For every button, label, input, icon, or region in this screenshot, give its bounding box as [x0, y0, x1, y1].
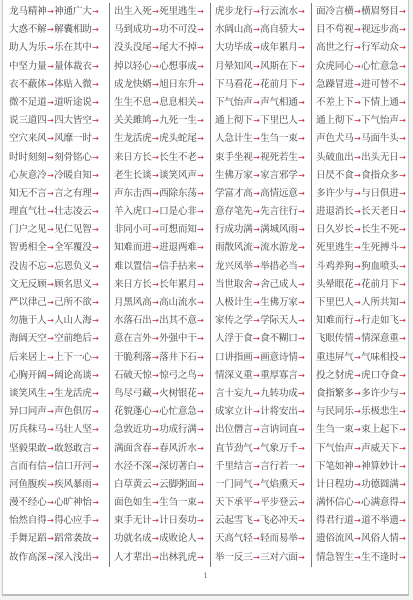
idiom-first: 束手无计 [114, 515, 152, 526]
idiom-first: 知难而进 [114, 242, 152, 253]
arrow-right-icon: → [197, 553, 204, 562]
arrow-right-icon: → [354, 371, 361, 380]
idiom-chain-row: 头晕眼花→花前月下→ [316, 276, 411, 294]
idiom-second: 空前绝后 [54, 333, 92, 344]
idiom-first: 当世取舍 [215, 279, 253, 290]
arrow-right-icon: → [92, 280, 99, 289]
idiom-chain-row: 意存笔先→先言往行→ [215, 203, 311, 221]
arrow-right-icon: → [253, 43, 260, 52]
arrow-right-icon: → [298, 153, 305, 162]
idiom-first: 空穴来风 [9, 133, 47, 144]
idiom-chain-row: 时时刻刻→刻骨铭心→ [9, 149, 109, 167]
idiom-chain-row: 日昃不食→食指众多→ [316, 167, 411, 185]
arrow-right-icon: → [47, 189, 54, 198]
idiom-second: 见仁见智 [54, 224, 92, 235]
idiom-chain-row: 石破天惊→惊弓之鸟→ [114, 367, 210, 385]
arrow-right-icon: → [92, 7, 99, 16]
idiom-first: 难以置信 [114, 261, 152, 272]
arrow-right-icon: → [92, 189, 99, 198]
arrow-right-icon: → [399, 171, 406, 180]
idiom-chain-row: 鸟尽弓藏→火树银花→ [114, 385, 210, 403]
idiom-chain-row: 重违屏气→气味相投→ [316, 349, 411, 367]
arrow-right-icon: → [152, 316, 159, 325]
idiom-first: 食指繁多 [316, 388, 354, 399]
arrow-right-icon: → [399, 371, 406, 380]
arrow-right-icon: → [152, 262, 159, 271]
idiom-first: 重违屏气 [316, 352, 354, 363]
idiom-second: 深入浅出 [54, 552, 92, 563]
arrow-right-icon: → [399, 262, 406, 271]
idiom-second: 三对六面 [260, 552, 298, 563]
idiom-second: 九转功成 [260, 388, 298, 399]
arrow-right-icon: → [253, 353, 260, 362]
idiom-chain-row: 理直气壮→壮志凌云→ [9, 203, 109, 221]
idiom-second: 束上起下 [361, 424, 399, 435]
idiom-second: 功德圆满 [361, 479, 399, 490]
idiom-second: 九死一生 [159, 115, 197, 126]
idiom-first: 衣不蔽体 [9, 79, 47, 90]
idiom-chain-row: 多许少与→与日俱进→ [316, 185, 411, 203]
arrow-right-icon: → [197, 480, 204, 489]
arrow-right-icon: → [47, 407, 54, 416]
idiom-second: 与日俱进 [361, 188, 399, 199]
idiom-second: 行云流水 [260, 6, 298, 17]
idiom-second: 计将安出 [260, 406, 298, 417]
idiom-second: 行走如飞 [361, 315, 399, 326]
arrow-right-icon: → [253, 389, 260, 398]
arrow-right-icon: → [47, 207, 54, 216]
idiom-second: 先言往行 [260, 206, 298, 217]
idiom-first: 出生入死 [114, 6, 152, 17]
arrow-right-icon: → [197, 334, 204, 343]
arrow-right-icon: → [92, 298, 99, 307]
idiom-first: 与民同乐 [316, 406, 354, 417]
idiom-first: 羊入虎口 [114, 206, 152, 217]
idiom-second: 成败论人 [159, 533, 197, 544]
idiom-first: 头破血出 [316, 152, 354, 163]
arrow-right-icon: → [152, 334, 159, 343]
arrow-right-icon: → [197, 116, 204, 125]
arrow-right-icon: → [92, 80, 99, 89]
idiom-second: 上下一心 [54, 352, 92, 363]
idiom-chain-row: 直节劲气→气象万千→ [215, 440, 311, 458]
arrow-right-icon: → [92, 98, 99, 107]
idiom-chain-row: 声东击西→西除东荡→ [114, 185, 210, 203]
arrow-right-icon: → [152, 480, 159, 489]
arrow-right-icon: → [354, 425, 361, 434]
idiom-first: 日昃不食 [316, 170, 354, 181]
idiom-chain-row: 心灰意冷→冷暖自知→ [9, 167, 109, 185]
idiom-second: 画意诗情 [260, 352, 298, 363]
idiom-chain-row: 海阔天空→空前绝后→ [9, 330, 109, 348]
idiom-second: 生死搏斗 [361, 242, 399, 253]
arrow-right-icon: → [399, 62, 406, 71]
arrow-right-icon: → [354, 389, 361, 398]
idiom-second: 食指众多 [361, 170, 399, 181]
idiom-second: 生刍一束 [260, 133, 298, 144]
arrow-right-icon: → [253, 280, 260, 289]
arrow-right-icon: → [354, 98, 361, 107]
idiom-chain-row: 非同小可→可想而知→ [114, 221, 210, 239]
idiom-chain-row: 后来居上→上下一心→ [9, 349, 109, 367]
idiom-first: 投之豺虎 [316, 370, 354, 381]
idiom-chain-row: 人极计生→生佛万家→ [215, 294, 311, 312]
idiom-first: 生龙活虎 [114, 133, 152, 144]
idiom-chain-row: 日久岁长→长生不死→ [316, 221, 411, 239]
arrow-right-icon: → [92, 498, 99, 507]
idiom-first: 声色犬马 [316, 133, 354, 144]
arrow-right-icon: → [399, 153, 406, 162]
idiom-second: 乐在其中 [54, 42, 92, 53]
arrow-right-icon: → [354, 171, 361, 180]
arrow-right-icon: → [92, 116, 99, 125]
idiom-second: 高情远意 [260, 188, 298, 199]
idiom-second: 人所共知 [361, 297, 399, 308]
arrow-right-icon: → [399, 225, 406, 234]
idiom-chain-row: 成龙快婿→旭日东升→ [114, 76, 210, 94]
arrow-right-icon: → [354, 534, 361, 543]
idiom-chain-row: 人浮于食→食不糊口→ [215, 330, 311, 348]
idiom-second: 气焰熏天 [260, 479, 298, 490]
arrow-right-icon: → [298, 80, 305, 89]
idiom-chain-row: 知难而行→行走如飞→ [316, 312, 411, 330]
idiom-chain-row: 难以置信→信手拈来→ [114, 258, 210, 276]
idiom-first: 急躁冒进 [316, 79, 354, 90]
idiom-chain-row: 下笔如神→神算妙计→ [316, 458, 411, 476]
arrow-right-icon: → [197, 243, 204, 252]
idiom-second: 生刍一束 [159, 497, 197, 508]
arrow-right-icon: → [354, 62, 361, 71]
arrow-right-icon: → [197, 153, 204, 162]
idiom-second: 高山流水 [159, 297, 197, 308]
idiom-second: 飞必冲天 [260, 515, 298, 526]
idiom-first: 谈笑风生 [9, 388, 47, 399]
idiom-chain-row: 家传之学→学际天人→ [215, 312, 311, 330]
arrow-right-icon: → [253, 262, 260, 271]
arrow-right-icon: → [92, 371, 99, 380]
idiom-chain-row: 情深义重→重厚寡言→ [215, 367, 311, 385]
arrow-right-icon: → [354, 498, 361, 507]
idiom-first: 面色如生 [114, 497, 152, 508]
idiom-chain-row: 雨散风流→流水游龙→ [215, 239, 311, 257]
idiom-second: 神通广大 [54, 6, 92, 17]
idiom-first: 成龙快婿 [114, 79, 152, 90]
arrow-right-icon: → [197, 80, 204, 89]
idiom-second: 心忙意急 [159, 406, 197, 417]
idiom-second: 学际天人 [260, 315, 298, 326]
arrow-right-icon: → [152, 134, 159, 143]
idiom-chain-row: 死里逃生→生死搏斗→ [316, 239, 411, 257]
idiom-first: 一门同气 [215, 479, 253, 490]
arrow-right-icon: → [298, 334, 305, 343]
idiom-first: 老生长谈 [114, 170, 152, 181]
idiom-first: 人极计生 [215, 297, 253, 308]
idiom-chain-row: 没头没尾→尾大不掉→ [114, 39, 210, 57]
arrow-right-icon: → [152, 7, 159, 16]
idiom-second: 言讷词直 [260, 424, 298, 435]
idiom-chain-row: 大惑不解→解囊相助→ [9, 21, 109, 39]
arrow-right-icon: → [152, 116, 159, 125]
idiom-first: 故作高深 [9, 552, 47, 563]
arrow-right-icon: → [298, 262, 305, 271]
idiom-second: 火树银花 [159, 388, 197, 399]
idiom-first: 天高气轻 [215, 533, 253, 544]
idiom-second: 生不逢时 [361, 552, 399, 563]
arrow-right-icon: → [298, 98, 305, 107]
arrow-right-icon: → [92, 407, 99, 416]
idiom-second: 人山人海 [54, 315, 92, 326]
idiom-second: 体贴入微 [54, 79, 92, 90]
idiom-first: 来日方长 [114, 152, 152, 163]
idiom-first: 勿施于人 [9, 315, 47, 326]
arrow-right-icon: → [152, 389, 159, 398]
idiom-second: 可想而知 [159, 224, 197, 235]
idiom-second: 花前月下 [361, 279, 399, 290]
arrow-right-icon: → [152, 553, 159, 562]
idiom-first: 不差上下 [316, 97, 354, 108]
idiom-second: 云脚粥面 [159, 479, 197, 490]
idiom-chain-row: 下气怡声→声威天下→ [316, 440, 411, 458]
idiom-chain-row: 急敦近功→功成行满→ [114, 421, 210, 439]
idiom-chain-row: 勿施于人→人山人海→ [9, 312, 109, 330]
arrow-right-icon: → [253, 444, 260, 453]
idiom-first: 云起雪飞 [215, 515, 253, 526]
idiom-second: 马壮人坚 [54, 424, 92, 435]
idiom-second: 息息相关 [159, 97, 197, 108]
arrow-right-icon: → [92, 534, 99, 543]
idiom-second: 全军覆没 [54, 242, 92, 253]
arrow-right-icon: → [92, 225, 99, 234]
idiom-chain-row: 严以律己→己所不欲→ [9, 294, 109, 312]
idiom-first: 得君行道 [316, 515, 354, 526]
arrow-right-icon: → [354, 134, 361, 143]
idiom-chain-row: 出位僭言→言讷词直→ [215, 421, 311, 439]
arrow-right-icon: → [253, 207, 260, 216]
arrow-right-icon: → [399, 516, 406, 525]
arrow-right-icon: → [253, 480, 260, 489]
idiom-first: 月黑风高 [114, 297, 152, 308]
idiom-first: 直节劲气 [215, 443, 253, 454]
idiom-first: 厉兵秣马 [9, 424, 47, 435]
idiom-chain-row: 斗鸡养狗→狗血喷头→ [316, 258, 411, 276]
idiom-chain-row: 异口同声→声色俱厉→ [9, 403, 109, 421]
idiom-first: 情急智生 [316, 552, 354, 563]
idiom-second: 生龙活虎 [54, 388, 92, 399]
arrow-right-icon: → [399, 444, 406, 453]
arrow-right-icon: → [47, 498, 54, 507]
idiom-second: 满城风雨 [260, 224, 298, 235]
idiom-chain-row: 月黑风高→高山流水→ [114, 294, 210, 312]
idiom-first: 出位僭言 [215, 424, 253, 435]
idiom-first: 多许少与 [316, 188, 354, 199]
idiom-chain-row: 坚毅果敢→敢怒敢言→ [9, 440, 109, 458]
arrow-right-icon: → [298, 407, 305, 416]
arrow-right-icon: → [47, 371, 54, 380]
page-number: 1 [3, 572, 408, 580]
idiom-first: 严以律己 [9, 297, 47, 308]
idiom-chain-row: 人才辈出→出林乳虎→ [114, 549, 210, 567]
idiom-first: 千里结言 [215, 461, 253, 472]
idiom-chain-row: 人急计生→生刍一束→ [215, 130, 311, 148]
idiom-second: 疾风暴雨 [54, 479, 92, 490]
idiom-second: 心忙意急 [361, 61, 399, 72]
idiom-second: 风斯在下 [260, 61, 298, 72]
idiom-first: 水泾不深 [114, 461, 152, 472]
idiom-first: 头晕眼花 [316, 279, 354, 290]
arrow-right-icon: → [152, 80, 159, 89]
idiom-chain-row: 生刍一束→束上起下→ [316, 421, 411, 439]
idiom-first: 微不足道 [9, 97, 47, 108]
idiom-first: 下里巴人 [316, 297, 354, 308]
idiom-second: 外强中干 [159, 333, 197, 344]
idiom-second: 风俗人情 [361, 533, 399, 544]
idiom-second: 道不举遗 [361, 515, 399, 526]
idiom-first: 下马看花 [215, 79, 253, 90]
arrow-right-icon: → [253, 425, 260, 434]
arrow-right-icon: → [253, 80, 260, 89]
idiom-first: 人才辈出 [114, 552, 152, 563]
idiom-second: 旭日东升 [159, 79, 197, 90]
idiom-chain-row: 心胸开阔→阔论高谈→ [9, 367, 109, 385]
idiom-first: 口讲指画 [215, 352, 253, 363]
idiom-second: 气象万千 [260, 443, 298, 454]
idiom-first: 花貌蓬心 [114, 406, 152, 417]
idiom-first: 理直气壮 [9, 206, 47, 217]
arrow-right-icon: → [399, 243, 406, 252]
arrow-right-icon: → [298, 243, 305, 252]
idiom-first: 关关雎鸠 [114, 115, 152, 126]
arrow-right-icon: → [399, 189, 406, 198]
arrow-right-icon: → [253, 371, 260, 380]
idiom-first: 斗鸡养狗 [316, 261, 354, 272]
idiom-first: 计日程功 [316, 479, 354, 490]
arrow-right-icon: → [253, 534, 260, 543]
arrow-right-icon: → [399, 80, 406, 89]
idiom-chain-row: 手舞足蹈→蹈常袭故→ [9, 530, 109, 548]
arrow-right-icon: → [197, 444, 204, 453]
idiom-first: 人浮于食 [215, 333, 253, 344]
idiom-chain-row: 众虎同心→心忙意急→ [316, 58, 411, 76]
arrow-right-icon: → [92, 444, 99, 453]
arrow-right-icon: → [399, 207, 406, 216]
idiom-first: 没头没尾 [114, 42, 152, 53]
arrow-right-icon: → [197, 25, 204, 34]
idiom-chain-row: 口讲指画→画意诗情→ [215, 349, 311, 367]
idiom-chain-row: 文无反顾→顾名思义→ [9, 276, 109, 294]
idiom-first: 后来居上 [9, 352, 47, 363]
idiom-first: 众虎同心 [316, 61, 354, 72]
idiom-chain-row: 当世取舍→舍己成人→ [215, 276, 311, 294]
idiom-chain-row: 成家立计→计将安出→ [215, 403, 311, 421]
arrow-right-icon: → [399, 25, 406, 34]
arrow-right-icon: → [354, 553, 361, 562]
arrow-right-icon: → [354, 353, 361, 362]
idiom-first: 知无不言 [9, 188, 47, 199]
arrow-right-icon: → [354, 153, 361, 162]
arrow-right-icon: → [152, 189, 159, 198]
idiom-chain-row: 计日程功→功德圆满→ [316, 476, 411, 494]
arrow-right-icon: → [152, 534, 159, 543]
idiom-first: 言而有信 [9, 461, 47, 472]
idiom-first: 水落石出 [114, 315, 152, 326]
idiom-second: 声威天下 [361, 443, 399, 454]
idiom-chain-row: 情急智生→生不逢时→ [316, 549, 411, 567]
idiom-second: 花前月下 [260, 79, 298, 90]
arrow-right-icon: → [253, 171, 260, 180]
arrow-right-icon: → [298, 534, 305, 543]
arrow-right-icon: → [399, 134, 406, 143]
idiom-second: 进退两难 [159, 242, 197, 253]
arrow-right-icon: → [152, 225, 159, 234]
arrow-right-icon: → [92, 243, 99, 252]
arrow-right-icon: → [354, 189, 361, 198]
idiom-first: 言十妄九 [215, 388, 253, 399]
idiom-second: 道听途说 [54, 97, 92, 108]
idiom-second: 壮志凌云 [54, 206, 92, 217]
idiom-second: 声色俱厉 [54, 406, 92, 417]
idiom-second: 心想事成 [159, 61, 197, 72]
arrow-right-icon: → [197, 207, 204, 216]
arrow-right-icon: → [197, 280, 204, 289]
idiom-chain-row: 漫不经心→心旷神怡→ [9, 494, 109, 512]
arrow-right-icon: → [298, 7, 305, 16]
idiom-second: 惊弓之鸟 [159, 370, 197, 381]
idiom-second: 功成行满 [159, 424, 197, 435]
idiom-second: 虎口夺食 [361, 370, 399, 381]
arrow-right-icon: → [354, 407, 361, 416]
idiom-chain-row: 面色如生→生刍一束→ [114, 494, 210, 512]
arrow-right-icon: → [253, 25, 260, 34]
arrow-right-icon: → [197, 462, 204, 471]
idiom-second: 阔论高谈 [54, 370, 92, 381]
idiom-first: 雨散风流 [215, 242, 253, 253]
idiom-first: 意存笔先 [215, 206, 253, 217]
arrow-right-icon: → [399, 316, 406, 325]
arrow-right-icon: → [152, 243, 159, 252]
idiom-chain-row: 下气怡声→声气相通→ [215, 94, 311, 112]
idiom-chain-row: 一门同气→气焰熏天→ [215, 476, 311, 494]
arrow-right-icon: → [152, 462, 159, 471]
idiom-second: 春风沂水 [159, 443, 197, 454]
arrow-right-icon: → [197, 189, 204, 198]
idiom-second: 功不可没 [159, 24, 197, 35]
idiom-chain-row: 水泾不深→深切著白→ [114, 458, 210, 476]
arrow-right-icon: → [399, 334, 406, 343]
idiom-first: 天下承平 [215, 497, 253, 508]
idiom-second: 刻骨铭心 [54, 152, 92, 163]
arrow-right-icon: → [152, 444, 159, 453]
arrow-right-icon: → [197, 43, 204, 52]
arrow-right-icon: → [253, 153, 260, 162]
idiom-second: 多许少与 [361, 388, 399, 399]
idiom-chain-row: 举一反三→三对六面→ [215, 549, 311, 567]
arrow-right-icon: → [354, 225, 361, 234]
idiom-chain-row: 不差上下→下情上通→ [316, 94, 411, 112]
idiom-chain-row: 怡然自得→得心应手→ [9, 512, 109, 530]
idiom-chain-row: 助人为乐→乐在其中→ [9, 39, 109, 57]
arrow-right-icon: → [47, 243, 54, 252]
arrow-right-icon: → [399, 298, 406, 307]
arrow-right-icon: → [253, 7, 260, 16]
idiom-second: 家言邪学 [260, 170, 298, 181]
arrow-right-icon: → [47, 516, 54, 525]
idiom-chain-row: 目不苟视→视远步高→ [316, 21, 411, 39]
idiom-second: 下情上通 [361, 97, 399, 108]
arrow-right-icon: → [354, 480, 361, 489]
idiom-chain-row: 来日方长→长生不老→ [114, 149, 210, 167]
idiom-first: 意在言外 [114, 333, 152, 344]
arrow-right-icon: → [253, 243, 260, 252]
